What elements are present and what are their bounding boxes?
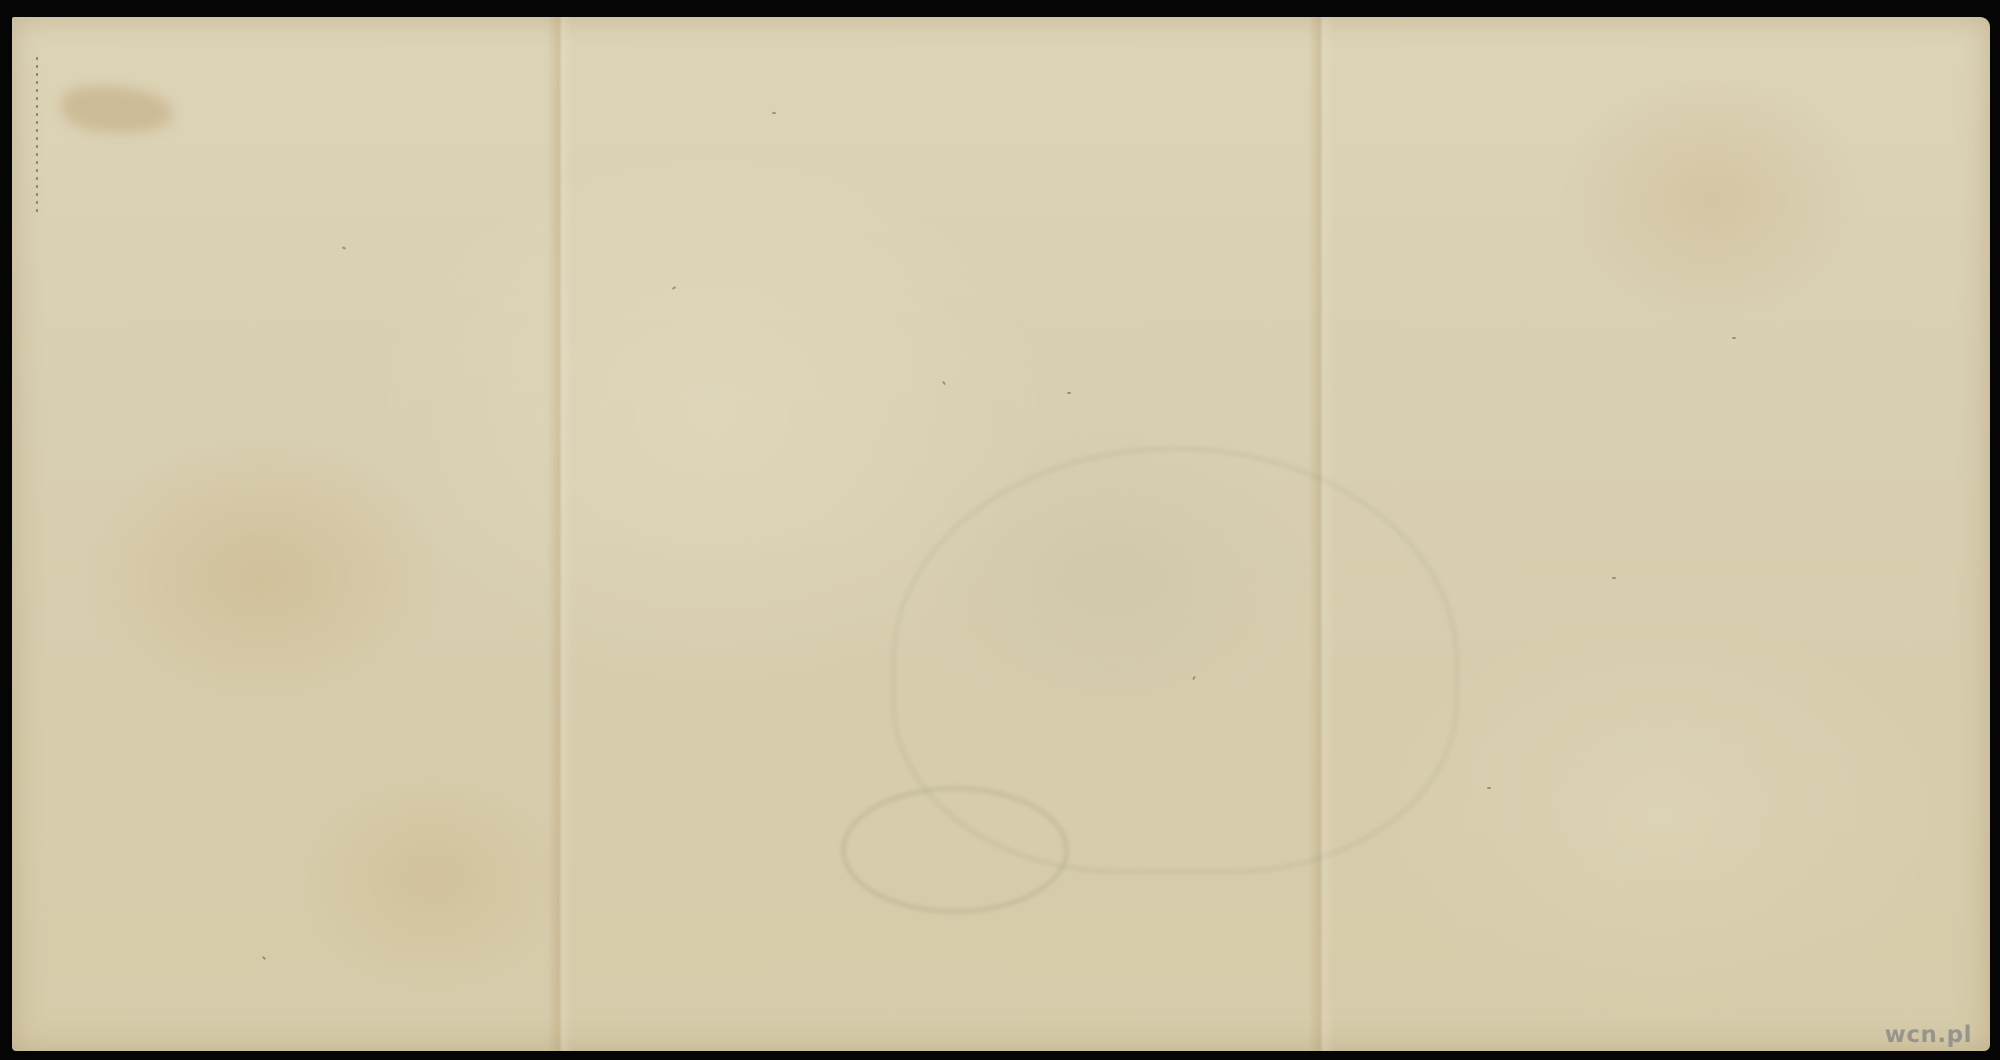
perforation-line bbox=[36, 57, 38, 217]
fiber-speck bbox=[942, 381, 946, 385]
fiber-speck bbox=[1612, 577, 1616, 579]
fiber-speck bbox=[772, 112, 776, 115]
fiber-speck bbox=[1732, 337, 1736, 339]
fiber-speck bbox=[342, 246, 346, 249]
vertical-fold-left bbox=[547, 17, 573, 1051]
fiber-speck bbox=[1487, 787, 1491, 789]
fiber-speck bbox=[672, 286, 676, 290]
paper-document bbox=[12, 17, 1990, 1051]
faint-oval-stamp bbox=[842, 787, 1068, 913]
fiber-speck bbox=[1067, 392, 1071, 394]
stain bbox=[62, 87, 172, 132]
watermark-text: wcn.pl bbox=[1885, 1022, 1972, 1048]
fiber-speck bbox=[262, 956, 266, 960]
